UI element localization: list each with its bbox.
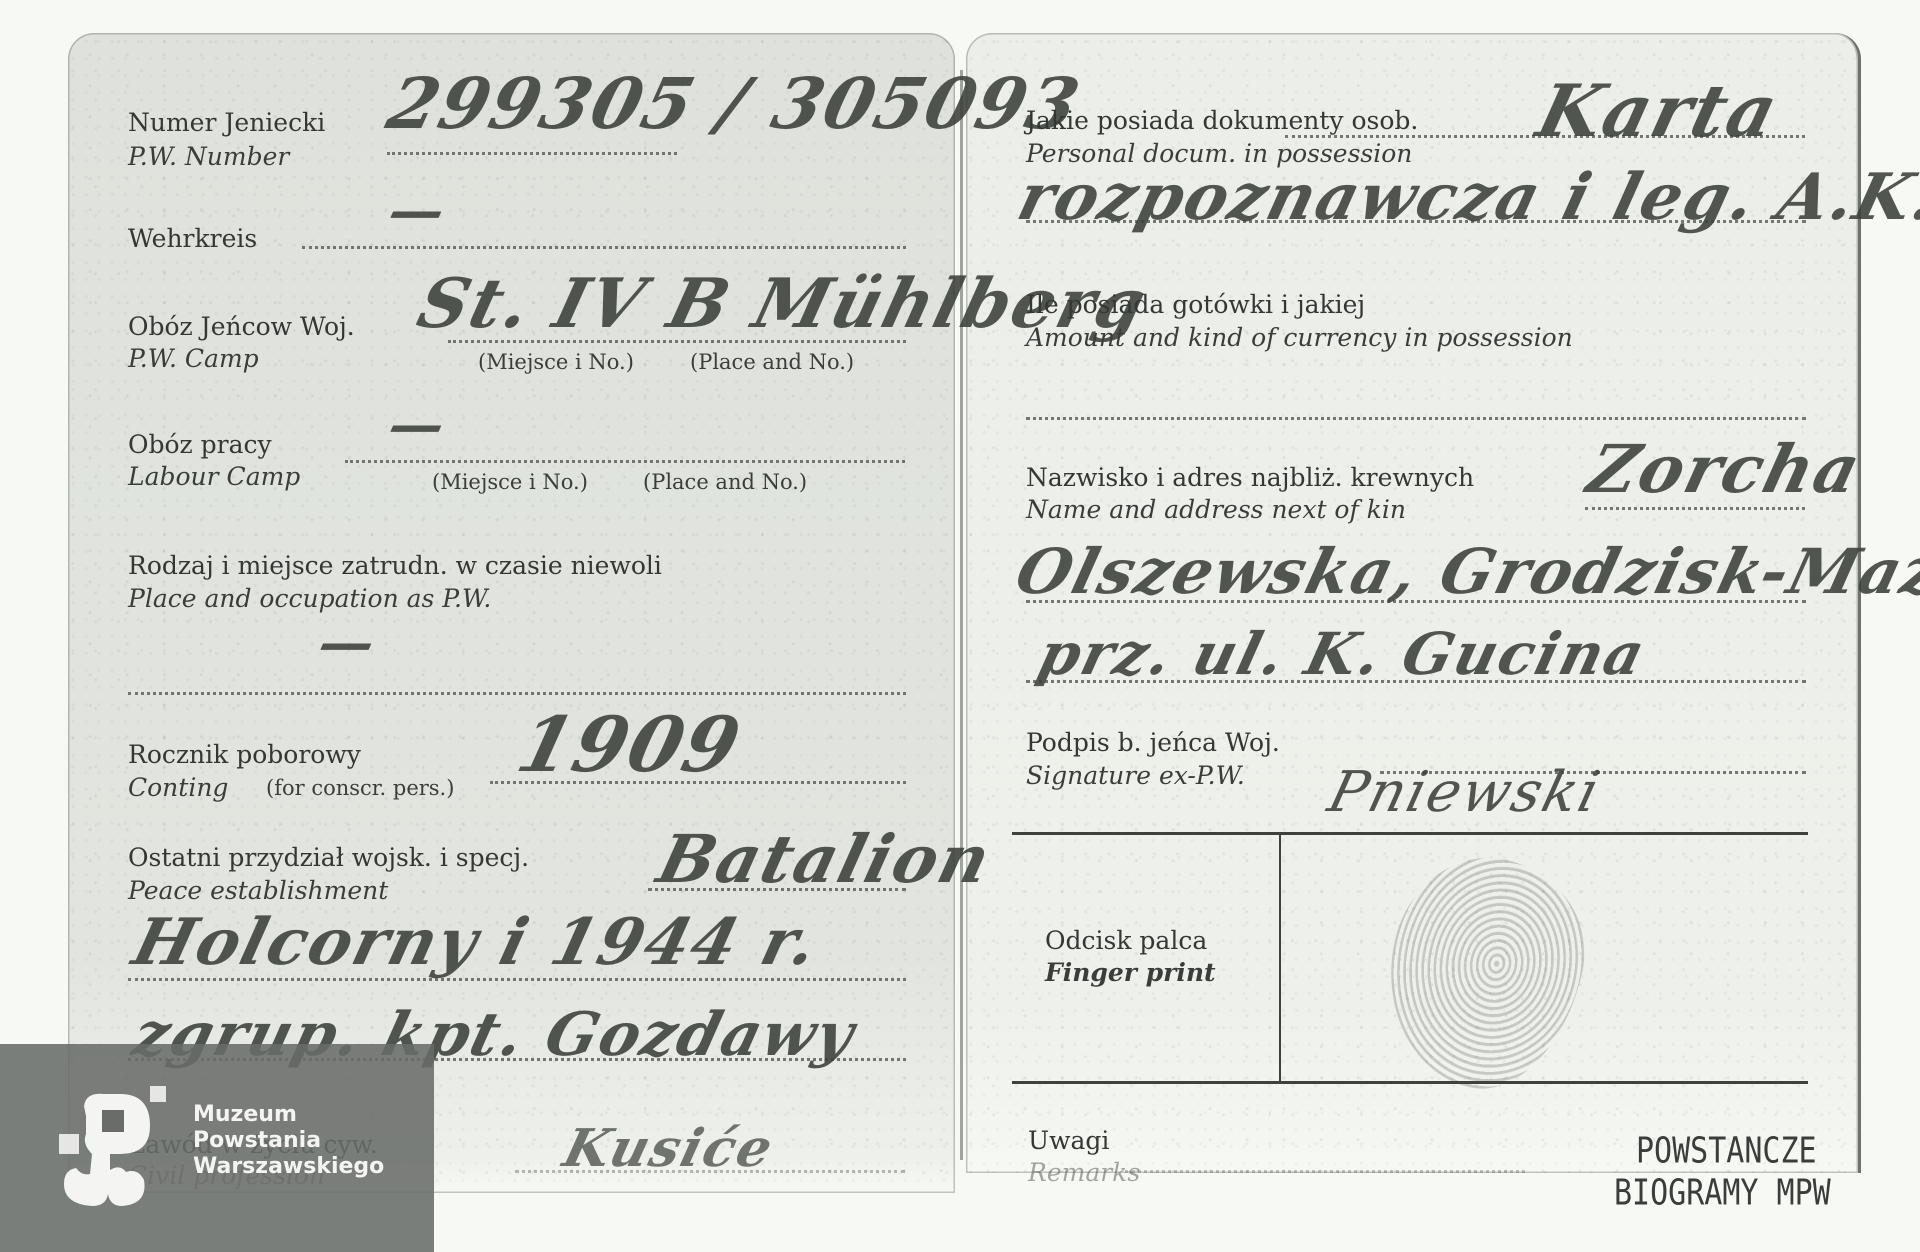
currency-label-en: Amount and kind of currency in possessio… bbox=[1026, 325, 1573, 350]
last-assignment-label: Ostatni przydział wojsk. i specj. bbox=[128, 845, 529, 870]
fingerprint-label-en: Finger print bbox=[1045, 960, 1216, 985]
labour-camp-label-en: Labour Camp bbox=[128, 464, 300, 489]
pw-number-label: Numer Jeniecki bbox=[128, 110, 325, 135]
documents-value-2: rozpoznawcza i leg. A.K. bbox=[1011, 160, 1920, 235]
page-gutter bbox=[960, 70, 963, 1160]
next-of-kin-value-2: Olszewska, Grodzisk-Maz. bbox=[1009, 535, 1920, 608]
next-of-kin-label: Nazwisko i adres najbliż. krewnych bbox=[1026, 465, 1474, 490]
museum-logo-overlay: Muzeum Powstania Warszawskiego bbox=[0, 1044, 434, 1252]
occupation-pw-line bbox=[128, 692, 906, 695]
currency-label: Ile posiada gotówki i jakiej bbox=[1026, 292, 1365, 317]
conting-label: Rocznik poborowy bbox=[128, 742, 361, 767]
pw-camp-label: Obóz Jeńcow Woj. bbox=[128, 314, 355, 339]
pw-camp-hint-pl: (Miejsce i No.) bbox=[478, 352, 634, 373]
wehrkreis-label: Wehrkreis bbox=[128, 226, 257, 251]
watermark-line-2: BIOGRAMY MPW bbox=[1614, 1172, 1860, 1214]
fingerprint-label: Odcisk palca bbox=[1045, 928, 1207, 953]
pw-camp-label-en: P.W. Camp bbox=[128, 346, 259, 371]
occupation-pw-label: Rodzaj i miejsce zatrudn. w czasie niewo… bbox=[128, 553, 662, 578]
fingerprint-box-top bbox=[1012, 832, 1808, 835]
last-assignment-value-1: Batalion bbox=[650, 820, 999, 898]
pw-number-value: 299305 / 305093 bbox=[380, 62, 1089, 145]
remarks-label: Uwagi bbox=[1028, 1128, 1109, 1153]
conting-hint: (for conscr. pers.) bbox=[266, 778, 454, 799]
logo-line-3: Warszawskiego bbox=[193, 1156, 384, 1178]
fingerprint-box-divider bbox=[1279, 834, 1281, 1082]
next-of-kin-value-1: Zorcha bbox=[1580, 430, 1869, 508]
labour-camp-line bbox=[345, 460, 905, 463]
signature-value: Pniewski bbox=[1322, 760, 1608, 825]
civil-profession-value: Kusiće bbox=[557, 1118, 780, 1179]
fingerprint-box-bottom bbox=[1012, 1081, 1808, 1084]
signature-label-en: Signature ex-P.W. bbox=[1026, 763, 1245, 788]
documents-label: Jakie posiada dokumenty osob. bbox=[1026, 108, 1418, 133]
next-of-kin-label-en: Name and address next of kin bbox=[1026, 497, 1406, 522]
pw-number-line bbox=[387, 152, 677, 155]
last-assignment-label-en: Peace establishment bbox=[128, 878, 388, 903]
logo-line-2: Powstania bbox=[193, 1130, 321, 1152]
currency-line bbox=[1026, 417, 1806, 420]
kotwica-anchor-icon bbox=[52, 1084, 170, 1212]
labour-camp-label: Obóz pracy bbox=[128, 432, 272, 457]
watermark-line-1: POWSTANCZE bbox=[1636, 1130, 1860, 1172]
last-assignment-value-2: Holcorny i 1944 r. bbox=[126, 905, 827, 980]
remarks-line bbox=[1125, 1170, 1525, 1173]
labour-camp-hint-en: (Place and No.) bbox=[643, 472, 807, 493]
pw-camp-hint-en: (Place and No.) bbox=[690, 352, 854, 373]
wehrkreis-line bbox=[302, 246, 906, 249]
next-of-kin-value-3: prz. ul. K. Gucina bbox=[1032, 620, 1654, 688]
signature-label: Podpis b. jeńca Woj. bbox=[1026, 730, 1280, 755]
logo-line-1: Muzeum bbox=[193, 1104, 297, 1126]
conting-label-en: Conting bbox=[128, 775, 228, 800]
remarks-label-en: Remarks bbox=[1028, 1160, 1140, 1185]
pw-number-label-en: P.W. Number bbox=[128, 144, 289, 169]
labour-camp-hint-pl: (Miejsce i No.) bbox=[432, 472, 588, 493]
conting-value: 1909 bbox=[509, 700, 751, 789]
occupation-pw-label-en: Place and occupation as P.W. bbox=[128, 586, 491, 611]
documents-value-1: Karta bbox=[1529, 68, 1787, 153]
